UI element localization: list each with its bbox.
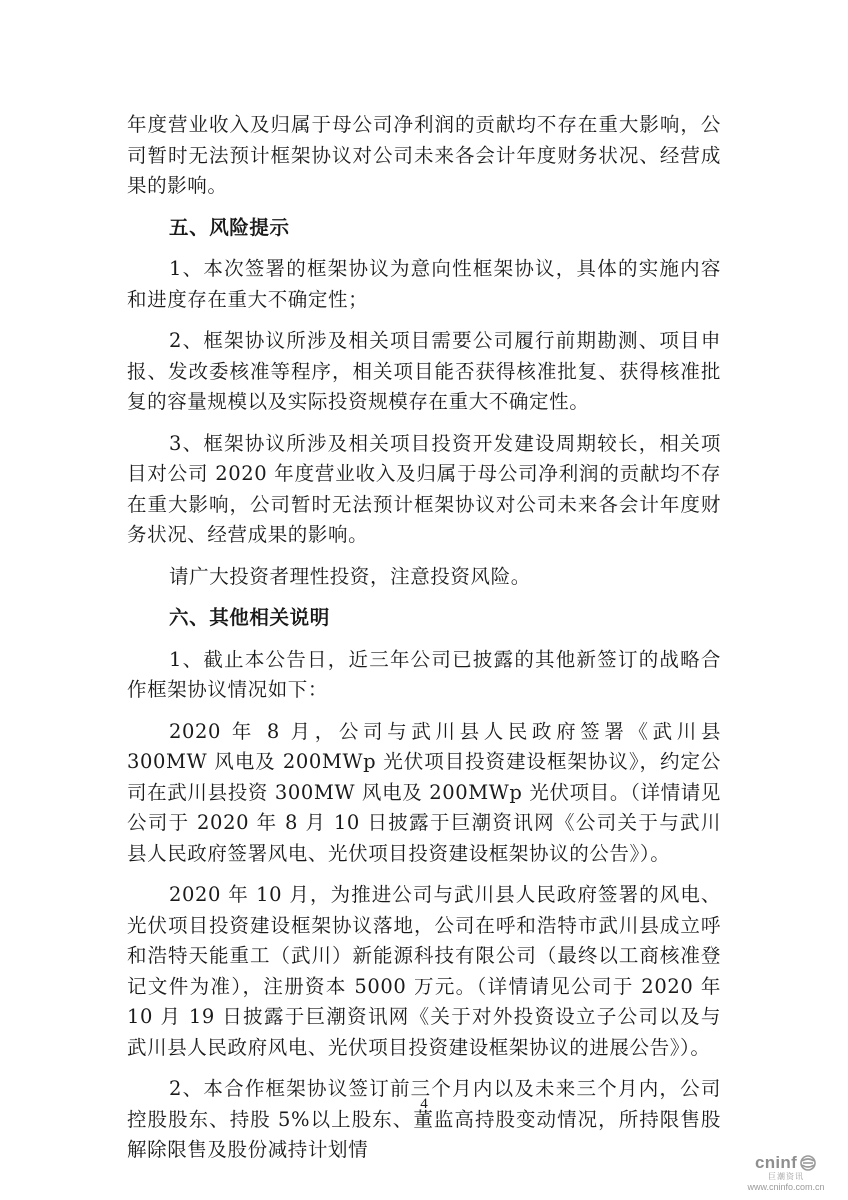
paragraph-continuation: 年度营业收入及归属于母公司净利润的贡献均不存在重大影响，公司暂时无法预计框架协议… (127, 110, 721, 202)
paragraph-note-2: 2、本合作框架协议签订前三个月内以及未来三个月内，公司控股股东、持股 5%以上股… (127, 1074, 721, 1166)
watermark-logo-row: cninf (740, 1153, 832, 1173)
page-number: 4 (0, 1096, 848, 1113)
paragraph-aug-2020-agreement: 2020 年 8 月，公司与武川县人民政府签署《武川县 300MW 风电及 20… (127, 717, 721, 870)
paragraph-oct-2020-subsidiary: 2020 年 10 月，为推进公司与武川县人民政府签署的风电、光伏项目投资建设框… (127, 880, 721, 1063)
paragraph-risk-3: 3、框架协议所涉及相关项目投资开发建设周期较长，相关项目对公司 2020 年度营… (127, 429, 721, 551)
paragraph-risk-1: 1、本次签署的框架协议为意向性框架协议，具体的实施内容和进度存在重大不确定性； (127, 254, 721, 315)
document-page: 年度营业收入及归属于母公司净利润的贡献均不存在重大影响，公司暂时无法预计框架协议… (0, 0, 848, 1200)
watermark-chinese-name: 巨潮资讯 (740, 1171, 832, 1182)
watermark-url: www.cninfo.com.cn (740, 1182, 832, 1192)
section-heading-risk-warning: 五、风险提示 (127, 213, 721, 244)
paragraph-note-1: 1、截止本公告日，近三年公司已披露的其他新签订的战略合作框架协议情况如下： (127, 645, 721, 706)
cninfo-logo-icon (799, 1155, 817, 1171)
paragraph-investor-notice: 请广大投资者理性投资，注意投资风险。 (127, 562, 721, 593)
paragraph-risk-2: 2、框架协议所涉及相关项目需要公司履行前期勘测、项目申报、发改委核准等程序，相关… (127, 326, 721, 418)
watermark-brand: cninf (755, 1153, 797, 1173)
cninfo-watermark: cninf 巨潮资讯 www.cninfo.com.cn (740, 1153, 832, 1192)
section-heading-other-notes: 六、其他相关说明 (127, 603, 721, 634)
document-body: 年度营业收入及归属于母公司净利润的贡献均不存在重大影响，公司暂时无法预计框架协议… (127, 110, 721, 1177)
